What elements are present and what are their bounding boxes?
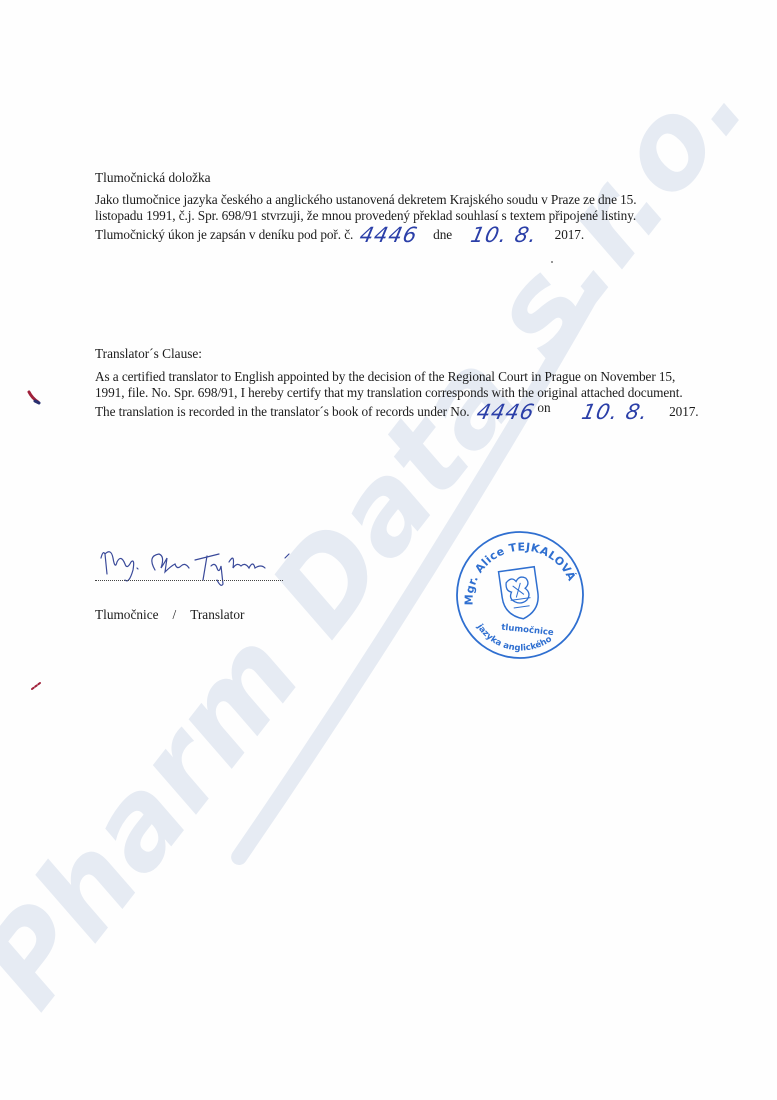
english-line-3-on: on [537, 400, 550, 415]
signature-caption: Tlumočnice/Translator [95, 607, 244, 623]
margin-mark-red [26, 390, 42, 406]
caption-tlumocnice: Tlumočnice [95, 607, 159, 622]
czech-year: 2017. [555, 227, 584, 242]
czech-line-3-dne: dne [433, 227, 452, 242]
handwritten-signature [95, 540, 305, 590]
english-year: 2017. [669, 404, 698, 419]
czech-date-handwritten: 10. 8. [470, 227, 540, 244]
english-clause-line-1: As a certified translator to English app… [95, 369, 675, 386]
english-line-3-prefix: The translation is recorded in the trans… [95, 404, 470, 419]
svg-text:tlumočnice: tlumočnice [501, 622, 555, 638]
caption-separator: / [173, 607, 177, 623]
signature-dotted-line [95, 580, 283, 581]
czech-clause-heading: Tlumočnická doložka [95, 170, 211, 186]
official-stamp: Mgr. Alice TEJKALOVÁ jazyka anglického t… [452, 527, 588, 663]
czech-record-number-handwritten: 4446 [359, 227, 420, 244]
english-clause-heading: Translator´s Clause: [95, 346, 202, 362]
english-date-handwritten: 10. 8. [580, 404, 650, 421]
svg-text:Mgr. Alice TEJKALOVÁ: Mgr. Alice TEJKALOVÁ [455, 533, 581, 607]
czech-line-3-prefix: Tlumočnický úkon je zapsán v deníku pod … [95, 227, 353, 242]
watermark-text: Pharm Data s.r.o. [0, 38, 772, 1032]
document-page: Pharm Data s.r.o. Tlumočnická doložka Ja… [0, 0, 777, 1100]
czech-clause-line-3: Tlumočnický úkon je zapsán v deníku pod … [95, 224, 584, 244]
czech-clause-line-1: Jako tlumočnice jazyka českého a anglick… [95, 192, 636, 209]
caption-translator: Translator [190, 607, 244, 622]
scan-speck [551, 261, 553, 263]
margin-mark-small [30, 680, 44, 692]
english-clause-line-3: The translation is recorded in the trans… [95, 401, 699, 421]
english-record-number-handwritten: 4446 [475, 404, 536, 421]
